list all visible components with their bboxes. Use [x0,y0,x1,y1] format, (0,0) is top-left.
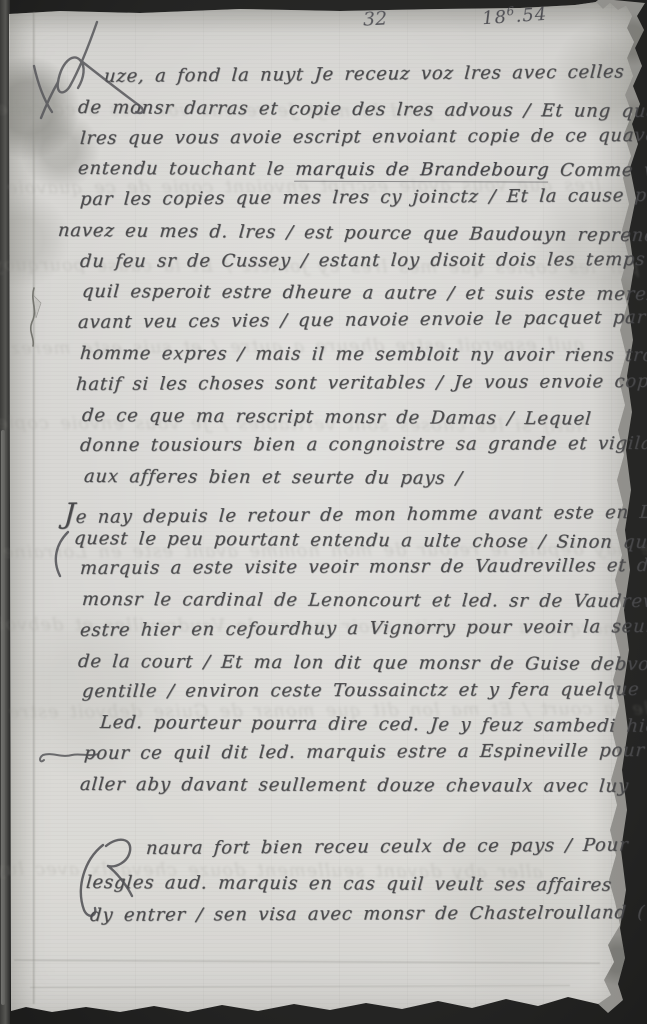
manuscript-line: de ce que ma rescript monsr de Damas / L… [81,405,592,430]
folio-number: 32 [362,7,387,30]
underlined-phrase: marquis de Brandebourg [294,159,550,183]
manuscript-line: dy entrer / sen visa avec monsr de Chast… [89,902,645,926]
manuscript-line: de monsr darras et copie des lres advous… [77,97,647,122]
manuscript-line: entendu touchant le marquis de Brandebou… [77,158,647,181]
manuscript-line: quil esperoit estre dheure a autre / et … [81,281,647,305]
vertical-fold-crease [33,12,35,1004]
line-segment: entendu touchant le [77,158,296,180]
archival-shelfmark: 186.54 [481,2,548,29]
manuscript-line: estre hier en cefourdhuy a Vignorry pour… [79,616,647,641]
adjacent-folio-highlight [1,430,5,1005]
manuscript-line: aller aby davant seullement douze chevau… [79,774,629,797]
shelfmark-prefix: 18 [481,7,507,30]
manuscript-line: gentille / environ ceste Toussainctz et … [81,679,647,702]
manuscript-line: Led. pourteur pourra dire ced. Je y feuz… [99,712,647,737]
manuscript-line: par les copies que mes lres cy joinctz /… [79,184,647,210]
manuscript-line: monsr le cardinal de Lenoncourt et led. … [81,589,647,612]
shelfmark-suffix: .54 [515,4,548,27]
manuscript-line: du feu sr de Cussey / estant loy disoit … [79,249,646,272]
manuscript-line: lres que vous avoie escript envoiant cop… [79,125,647,149]
manuscript-line: hatif si les choses sont veritables / Je… [75,371,647,395]
manuscript-photograph: uze, a fond la nuyt Je receuz voz lres a… [0,0,647,1024]
manuscript-line: de la court / Et ma lon dit que monsr de… [77,651,647,675]
manuscript-line: lesgles aud. marquis en cas quil veult s… [85,872,613,896]
manuscript-line: naura fort bien receu ceulx de ce pays /… [145,835,629,859]
line-segment: Comme verrez tant [549,160,647,182]
manuscript-line: marquis a este visite veoir monsr de Vau… [79,555,647,579]
manuscript-line: donne tousiours bien a congnoistre sa gr… [79,433,647,456]
manuscript-line: homme expres / mais il me sembloit ny av… [79,343,647,366]
paper-top-shading [0,0,647,34]
manuscript-line: Je nay depuis le retour de mon homme ava… [63,491,647,530]
manuscript-line: aux afferes bien et seurte du pays / [83,466,463,489]
manuscript-line: quest le peu pourtant entendu a ulte cho… [73,528,647,553]
manuscript-line: pour ce quil dit led. marquis estre a Es… [83,740,645,764]
